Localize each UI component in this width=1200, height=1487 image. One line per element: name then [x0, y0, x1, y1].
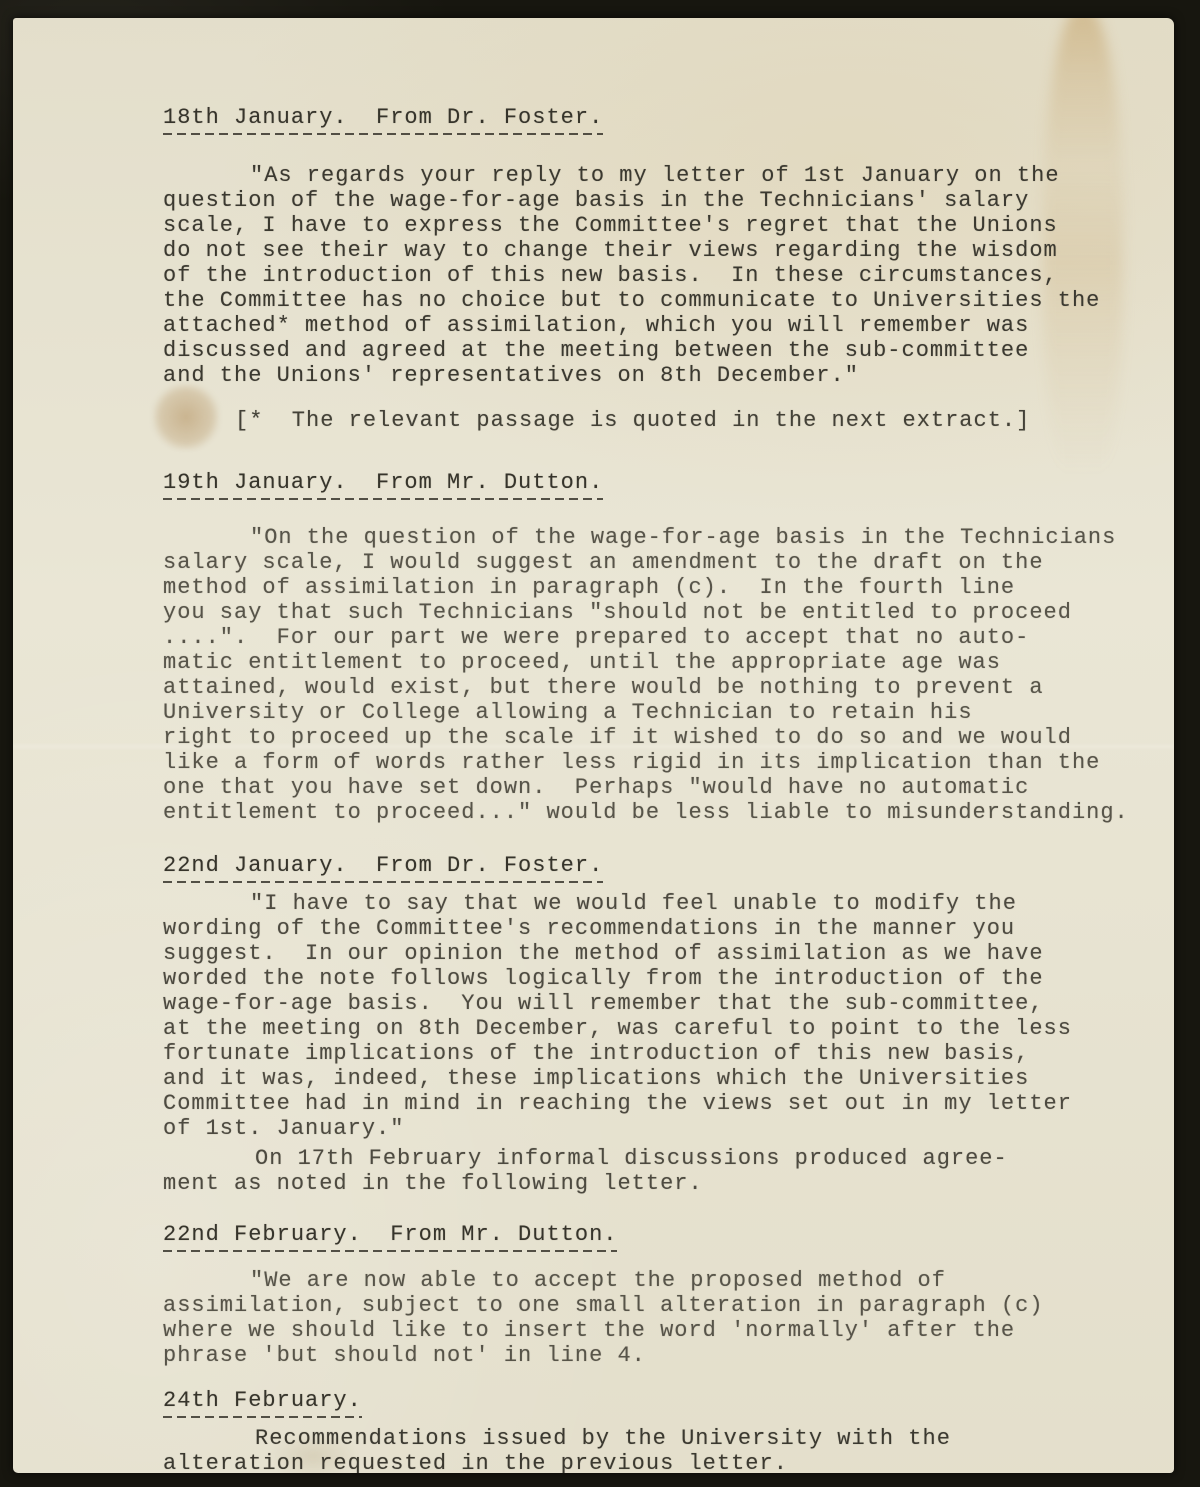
section-heading-18th-january: 18th January. From Dr. Foster. — [163, 105, 1166, 135]
section-heading-24th-february: 24th February. — [163, 1388, 1166, 1418]
paragraph-foster-22-jan: "I have to say that we would feel unable… — [163, 891, 1166, 1141]
footnote-relevant-passage: [* The relevant passage is quoted in the… — [163, 408, 1166, 433]
section-heading-text: 24th February. — [163, 1388, 362, 1418]
paragraph-24-feb-narrative: Recommendations issued by the University… — [163, 1426, 1166, 1473]
photographed-document: 18th January. From Dr. Foster. "As regar… — [0, 0, 1200, 1487]
paragraph-foster-18-jan: "As regards your reply to my letter of 1… — [163, 163, 1166, 388]
paper-sheet: 18th January. From Dr. Foster. "As regar… — [13, 18, 1174, 1473]
section-heading-22nd-january: 22nd January. From Dr. Foster. — [163, 853, 1166, 883]
section-heading-text: 19th January. From Mr. Dutton. — [163, 470, 603, 500]
section-heading-text: 18th January. From Dr. Foster. — [163, 105, 603, 135]
section-heading-22nd-february: 22nd February. From Mr. Dutton. — [163, 1222, 1166, 1252]
section-heading-text: 22nd January. From Dr. Foster. — [163, 853, 603, 883]
paragraph-17-feb-narrative: On 17th February informal discussions pr… — [163, 1146, 1166, 1196]
typewritten-content: 18th January. From Dr. Foster. "As regar… — [13, 18, 1174, 1473]
paragraph-dutton-22-feb: "We are now able to accept the proposed … — [163, 1268, 1166, 1368]
section-heading-text: 22nd February. From Mr. Dutton. — [163, 1222, 617, 1252]
paragraph-dutton-19-jan: "On the question of the wage-for-age bas… — [163, 525, 1166, 825]
section-heading-19th-january: 19th January. From Mr. Dutton. — [163, 470, 1166, 500]
